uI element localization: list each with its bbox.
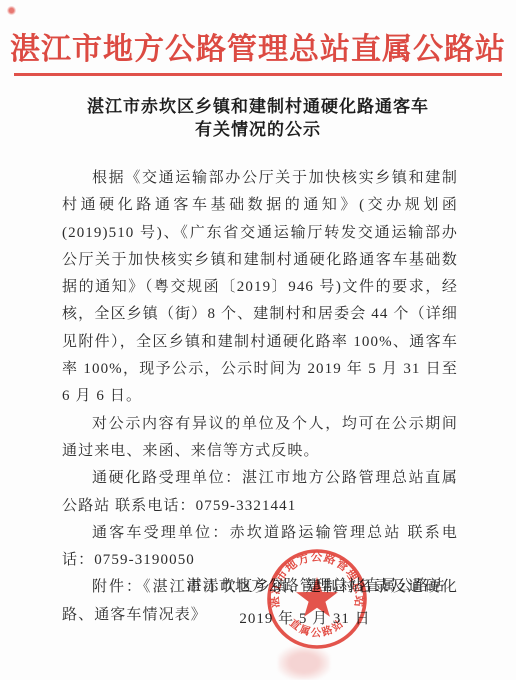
paragraph-bus-contact: 通客车受理单位：赤坎道路运输管理总站 联系电话：0759-3190050 [62, 520, 458, 575]
official-seal-stamp: 湛江市地方公路管理总站 直属公路站 [262, 544, 372, 654]
document-title: 湛江市赤坎区乡镇和建制村通硬化路通客车 有关情况的公示 [0, 95, 516, 141]
seal-ink-bleed [278, 646, 330, 680]
document-body: 根据《交通运输部办公厅关于加快核实乡镇和建制村通硬化路通客车基础数据的通知》(交… [62, 165, 458, 629]
document-title-line1: 湛江市赤坎区乡镇和建制村通硬化路通客车 [0, 95, 516, 118]
document-header: 湛江市地方公路管理总站直属公路站 [0, 0, 516, 76]
document-title-line2: 有关情况的公示 [0, 118, 516, 141]
svg-text:直属公路站: 直属公路站 [287, 616, 347, 639]
scan-ink-speck [7, 6, 16, 15]
paragraph-road-contact: 通硬化路受理单位：湛江市地方公路管理总站直属公路站 联系电话：0759-3321… [62, 465, 458, 520]
masthead-divider-line [14, 73, 502, 76]
seal-star-icon [296, 577, 338, 617]
document-page: 湛江市地方公路管理总站直属公路站 湛江市赤坎区乡镇和建制村通硬化路通客车 有关情… [0, 0, 516, 680]
paragraph-legal-basis: 根据《交通运输部办公厅关于加快核实乡镇和建制村通硬化路通客车基础数据的通知》(交… [62, 165, 458, 411]
seal-bottom-text: 直属公路站 [287, 616, 347, 639]
paragraph-objection-channel: 对公示内容有异议的单位及个人，均可在公示期间通过来电、来函、来信等方式反映。 [62, 411, 458, 466]
issuing-org-masthead: 湛江市地方公路管理总站直属公路站 [10, 0, 506, 68]
